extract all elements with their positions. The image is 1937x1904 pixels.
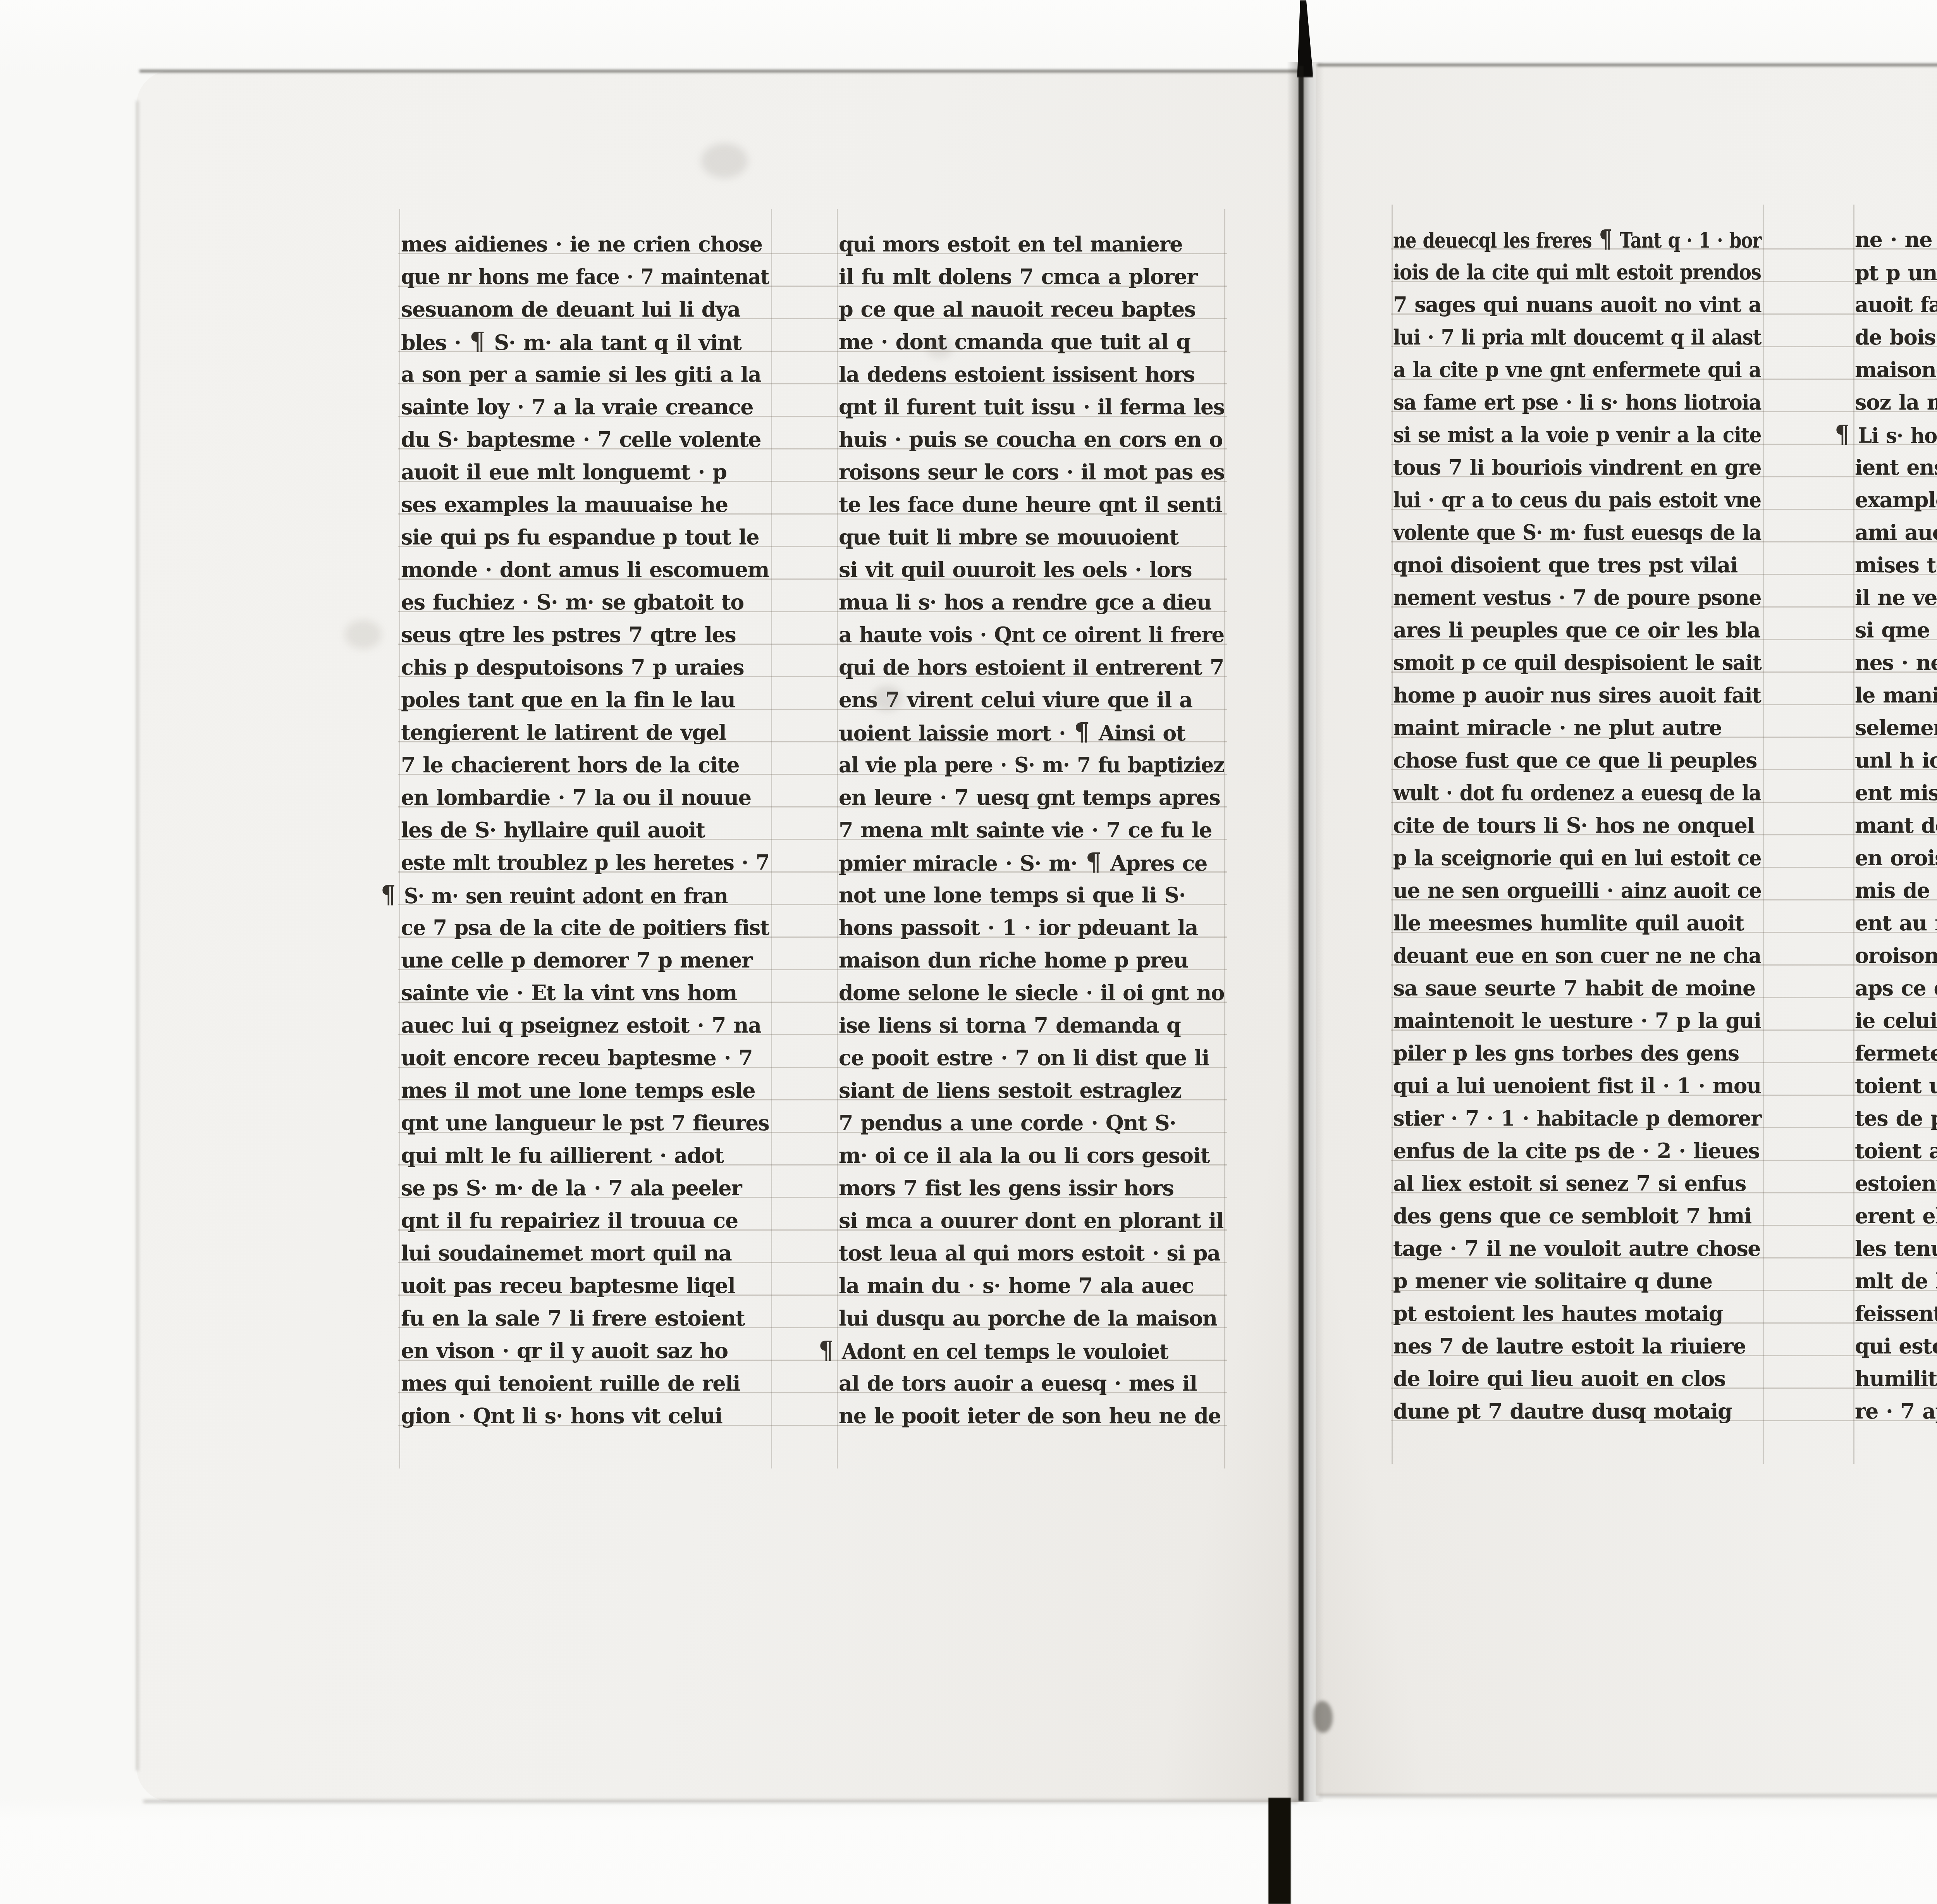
text-line: toient uestus de uestemens fai [1855, 1069, 1937, 1102]
text-line: gion · Qnt li s· hons vit celui [401, 1400, 769, 1432]
text-line: du S· baptesme · 7 celle volente [401, 423, 769, 456]
text-line: feissent au siecle leur voletez [1855, 1297, 1937, 1330]
text-line: ses examples la mauuaise he [401, 488, 769, 521]
text-line: deuant eue en son cuer ne ne cha [1393, 939, 1746, 972]
text-line: poles tant que en la fin le lau [401, 683, 769, 716]
text-line: p mener vie solitaire q dune [1393, 1265, 1761, 1297]
text-line: humilite p lam de dieu 9quer [1855, 1362, 1937, 1395]
text-line: ens 7 virent celui viure que il a [839, 683, 1224, 716]
text-line: al vie pla pere · S· m· 7 fu baptiziez [839, 749, 1209, 781]
text-line: auoit il eue mlt longuemt · p [401, 456, 769, 488]
text-line: tost leua al qui mors estoit · si pa [839, 1237, 1224, 1269]
ruling-vertical-col3-right [1763, 205, 1764, 1464]
text-line: uoient laissie mort · ¶ Ainsi ot [839, 716, 1224, 749]
gutter-fold-line [1299, 66, 1304, 1801]
text-line: ent au moustier p faire leur [1855, 907, 1937, 939]
text-line: me · dont cmanda que tuit al q [839, 325, 1224, 358]
text-line: les tenues · si auoit auec euls [1855, 1232, 1937, 1265]
text-line: ¶ S· m· sen reuint adont en fran [380, 879, 748, 911]
text-line: tage · 7 il ne vouloit autre chose [1393, 1232, 1761, 1265]
text-line: ce 7 psa de la cite de poitiers fist [401, 911, 760, 944]
text-line: sa saue seurte 7 habit de moine [1393, 972, 1761, 1004]
text-line: 7 le chacierent hors de la cite [401, 749, 769, 781]
text-line: qui a lui uenoient fist il · 1 · mou [1393, 1069, 1753, 1102]
text-line: oroisons · tuit issoient enseble [1855, 939, 1937, 972]
text-line: smoit p ce quil despisoient le sait [1393, 646, 1749, 679]
paraph-mark: ¶ [818, 1336, 834, 1365]
text-line: volente que S· m· fust euesqs de la [1393, 516, 1737, 549]
text-line: que tuit li mbre se mouuoient [839, 521, 1224, 553]
text-line: qui mlt le fu aillierent · adot [401, 1139, 769, 1172]
paraph-mark: ¶ [1085, 848, 1103, 877]
text-line: iois de la cite qui mlt estoit prendos [1393, 256, 1723, 288]
text-line: m· oi ce il ala la ou li cors gesoit [839, 1139, 1224, 1172]
text-line: ne le pooit ieter de son heu ne de [839, 1400, 1224, 1432]
text-line: 7 pendus a une corde · Qnt S· [839, 1107, 1224, 1139]
text-line: toient aspres duns 7 q pls [1855, 1134, 1937, 1167]
text-line: sesuanom de deuant lui li dya [401, 293, 769, 325]
text-line: a son per a samie si les giti a la [401, 358, 769, 391]
text-line: mua li s· hos a rendre gce a dieu [839, 586, 1224, 618]
text-line: qnt il furent tuit issu · il ferma les [839, 391, 1221, 423]
paraph-mark: ¶ [469, 327, 486, 356]
text-line: sainte vie · Et la vint vns hom [401, 976, 769, 1009]
text-line: auoit fait · S· m· une maisocele [1855, 288, 1937, 321]
paraph-mark: ¶ [1073, 718, 1091, 747]
text-line: de bois 7 fidele saple auoit fait n [1855, 321, 1937, 353]
text-line: tous 7 li bouriois vindrent en gre [1393, 451, 1754, 484]
gutter-bottom-binding [1268, 1798, 1291, 1904]
text-line: ise liens si torna 7 demanda q [839, 1009, 1224, 1042]
text-line: p la sceignorie qui en lui estoit ce [1393, 842, 1744, 874]
text-line: stier · 7 · 1 · habitacle p demorer [1393, 1102, 1755, 1134]
text-line: qui mors estoit en tel maniere [839, 228, 1224, 260]
text-line: maisonceles enuiron le s· home [1855, 353, 1937, 386]
text-line: qnoi disoient que tres pst vilai [1393, 549, 1761, 581]
text-line: ne · ne mpvoit on aler fors dune [1855, 223, 1937, 256]
text-line: la main du · s· home 7 ala auec [839, 1269, 1224, 1302]
text-line: es fuchiez · S· m· se gbatoit to [401, 586, 769, 618]
text-line: auec lui q pseignez estoit · 7 na [401, 1009, 769, 1042]
text-line: qui estoient a celle pacience en [1855, 1330, 1937, 1362]
text-line: sa fame ert pse · li s· hons liotroia [1393, 386, 1743, 418]
text-line: ¶ Li s· hons auoit · im · freres esto [1834, 418, 1937, 451]
text-line: mant de leur · S· pere · 7 firent [1855, 809, 1937, 842]
text-line: maintenoit le uesture · 7 p la gui [1393, 1004, 1755, 1037]
text-line: des gens que ce sembloit 7 hmi [1393, 1200, 1761, 1232]
text-line: ares li peuples que ce oir les bla [1393, 614, 1761, 646]
text-line: dune pt 7 dautre dusq motaig [1393, 1395, 1761, 1427]
text-line: si se mist a la voie p venir a la cite [1393, 418, 1737, 451]
text-line: nement vestus · 7 de poure psone [1393, 581, 1748, 614]
text-line: soz la motaigne qui cauee estoit [1855, 386, 1937, 418]
text-line: seus qtre les pstres 7 qtre les [401, 618, 769, 651]
text-line: sie qui ps fu espandue p tout le [401, 521, 769, 553]
text-line: tes de poil de chamel · q mlt es [1855, 1102, 1937, 1134]
text-line: de loire qui lieu auoit en clos [1393, 1362, 1761, 1395]
text-line: ent mis en abstinence p le co [1855, 776, 1937, 809]
text-line: fermete ne li feist faire · tuit es [1855, 1037, 1937, 1069]
text-line: erent elles entreus 7 plus di [1855, 1200, 1937, 1232]
text-line: ami auoient en oummante [1855, 516, 1937, 549]
text-line: monde · dont amus li escomuem [401, 553, 769, 586]
text-line: en vison · qr il y auoit saz ho [401, 1334, 769, 1367]
text-line: que nr hons me face · 7 maintenat [401, 260, 747, 293]
text-line: home p auoir nus sires auoit fait [1393, 679, 1758, 711]
text-line: mors 7 fist les gens issir hors [839, 1172, 1224, 1204]
text-line: lui soudainemet mort quil na [401, 1237, 769, 1269]
text-line: pmier miracle · S· m· ¶ Apres ce [839, 846, 1224, 879]
ruling-vertical-col1-right [771, 209, 772, 1468]
text-line: lui · qr a to ceus du pais estoit vne [1393, 484, 1737, 516]
text-line: dome selone le siecle · il oi gnt no [839, 976, 1221, 1009]
text-line: ¶ Adont en cel temps le vouloiet [818, 1334, 1203, 1367]
text-column-1: mes aidienes · ie ne crien choseque nr h… [401, 228, 769, 1432]
ruling-vertical-col2-left [837, 209, 838, 1468]
text-line: mises toutes leur choses · ne [1855, 549, 1937, 581]
text-line: enfus de la cite ps de · 2 · lieues [1393, 1134, 1761, 1167]
text-line: en leure · 7 uesq gnt temps apres [839, 781, 1224, 814]
text-line: a la cite p vne gnt enfermete qui a [1393, 353, 1738, 386]
text-line: uoit pas receu baptesme liqel [401, 1269, 769, 1302]
text-line: une celle p demorer 7 p mener [401, 944, 769, 976]
text-line: en oroisons ades · 7 petit issoit n [1855, 842, 1937, 874]
text-line: a haute vois · Qnt ce oirent li frere [839, 618, 1216, 651]
text-line: maint miracle · ne plut autre [1393, 711, 1761, 744]
text-line: unl h ioumenoel · 7 li anaen estoi [1855, 744, 1937, 776]
text-line: not une lone temps si que li S· [839, 879, 1224, 911]
text-column-2: qui mors estoit en tel maniereil fu mlt … [839, 228, 1224, 1432]
text-line: si mca a ouurer dont en plorant il [839, 1204, 1224, 1237]
text-column-4: ne · ne mpvoit on aler fors dunept p une… [1855, 223, 1937, 1427]
text-line: ne deuecql les freres ¶ Tant q · 1 · bor [1393, 223, 1703, 256]
text-line: pt p une uoie mlt estroite ¶ La [1855, 256, 1937, 288]
text-line: huis · puis se coucha en cors en o [839, 423, 1224, 456]
text-line: re · 7 apres ce furent li pluseur [1855, 1395, 1937, 1427]
ruling-vertical-col4-left [1853, 205, 1854, 1464]
text-line: lle meesmes humlite quil auoit [1393, 907, 1761, 939]
text-line: al liex estoit si senez 7 si enfus [1393, 1167, 1761, 1200]
gutter-crease-shadow [1287, 62, 1324, 1802]
text-line: mlt de haus homes qui bien [1855, 1265, 1937, 1297]
text-line: wult · dot fu ordenez a euesq de la [1393, 776, 1738, 809]
ruling-vertical-col1-left [399, 209, 400, 1468]
text-line: qnt il fu repairiez il trouua ce [401, 1204, 769, 1237]
text-line: si vit quil ouuroit les oels · lors [839, 553, 1224, 586]
text-line: pt estoient les hautes motaig [1393, 1297, 1761, 1330]
text-line: ce pooit estre · 7 on li dist que li [839, 1042, 1224, 1074]
text-line: les de S· hyllaire quil auoit [401, 814, 769, 846]
text-line: maison dun riche home p preu [839, 944, 1224, 976]
text-line: se ps S· m· de la · 7 ala peeler [401, 1172, 769, 1204]
text-line: 7 sages qui nuans auoit no vint a [1393, 288, 1753, 321]
text-line: il ne vendoient ne nachetoiet [1855, 581, 1937, 614]
ruling-vertical-col2-right [1224, 209, 1225, 1468]
text-line: selement · a celle euure sestoiet [1855, 711, 1937, 744]
text-line: qui de hors estoient il entrerent 7 [839, 651, 1224, 683]
text-line: roisons seur le cors · il mot pas es [839, 456, 1221, 488]
text-line: qnt une langueur le pst 7 fieures [401, 1107, 763, 1139]
text-line: aps ce ql auoient ieune mano [1855, 972, 1937, 1004]
text-line: ie celui q de vin goustast se en [1855, 1004, 1937, 1037]
text-line: 7 mena mlt sainte vie · 7 ce fu le [839, 814, 1224, 846]
text-line: mes il mot une lone temps esle [401, 1074, 769, 1107]
text-line: nes · ne ne se uailloient en nul [1855, 646, 1937, 679]
text-line: mes qui tenoient ruille de reli [401, 1367, 769, 1400]
text-line: hons passoit · 1 · ior pdeuant la [839, 911, 1224, 944]
text-line: tengierent le latirent de vgel [401, 716, 769, 749]
text-line: le maniere fors es escriptures [1855, 679, 1937, 711]
text-line: nes 7 de lautre estoit la riuiere [1393, 1330, 1761, 1362]
paraph-mark: ¶ [380, 880, 397, 909]
text-line: uoit encore receu baptesme · 7 [401, 1042, 769, 1074]
text-line: cite de tours li S· hos ne onquel [1393, 809, 1761, 842]
text-line: ient enseignez 7 doctrinez p son [1855, 451, 1937, 484]
text-line: te les face dune heure qnt il senti [839, 488, 1224, 521]
text-line: chose fust que ce que li peuples [1393, 744, 1761, 776]
text-line: fu en la sale 7 li frere estoient [401, 1302, 769, 1334]
text-line: mis de sa cele fil ne sassembloi [1855, 874, 1937, 907]
text-line: bles · ¶ S· m· ala tant q il vint [401, 325, 769, 358]
text-line: este mlt troublez p les heretes · 7 [401, 846, 756, 879]
text-line: chis p desputoisons 7 p uraies [401, 651, 769, 683]
text-line: si qme font ore pluseurs moi [1855, 614, 1937, 646]
text-line: p ce que al nauoit receu baptes [839, 293, 1224, 325]
text-line: ue ne sen orgueilli · ainz auoit ce [1393, 874, 1751, 907]
text-line: estoient soueue 7 moles · tnt [1855, 1167, 1937, 1200]
text-column-3: ne deuecql les freres ¶ Tant q · 1 · bor… [1393, 223, 1761, 1427]
text-line: example · nen il mauoit ppete [1855, 484, 1937, 516]
ruling-vertical-col3-left [1392, 205, 1393, 1464]
text-line: la dedens estoient issisent hors [839, 358, 1224, 391]
text-line: sainte loy · 7 a la vraie creance [401, 391, 769, 423]
text-line: mes aidienes · ie ne crien chose [401, 228, 769, 260]
text-line: lui dusqu au porche de la maison [839, 1302, 1224, 1334]
paraph-mark: ¶ [1834, 420, 1851, 449]
text-line: en lombardie · 7 la ou il nouue [401, 781, 769, 814]
text-line: lui · 7 li pria mlt doucemt q il alast [1393, 321, 1733, 353]
text-line: piler p les gns torbes des gens [1393, 1037, 1761, 1069]
text-line: al de tors auoir a euesq · mes il [839, 1367, 1224, 1400]
text-line: il fu mlt dolens 7 cmca a plorer [839, 260, 1224, 293]
text-line: siant de liens sestoit estraglez [839, 1074, 1224, 1107]
paraph-mark: ¶ [1598, 225, 1613, 254]
